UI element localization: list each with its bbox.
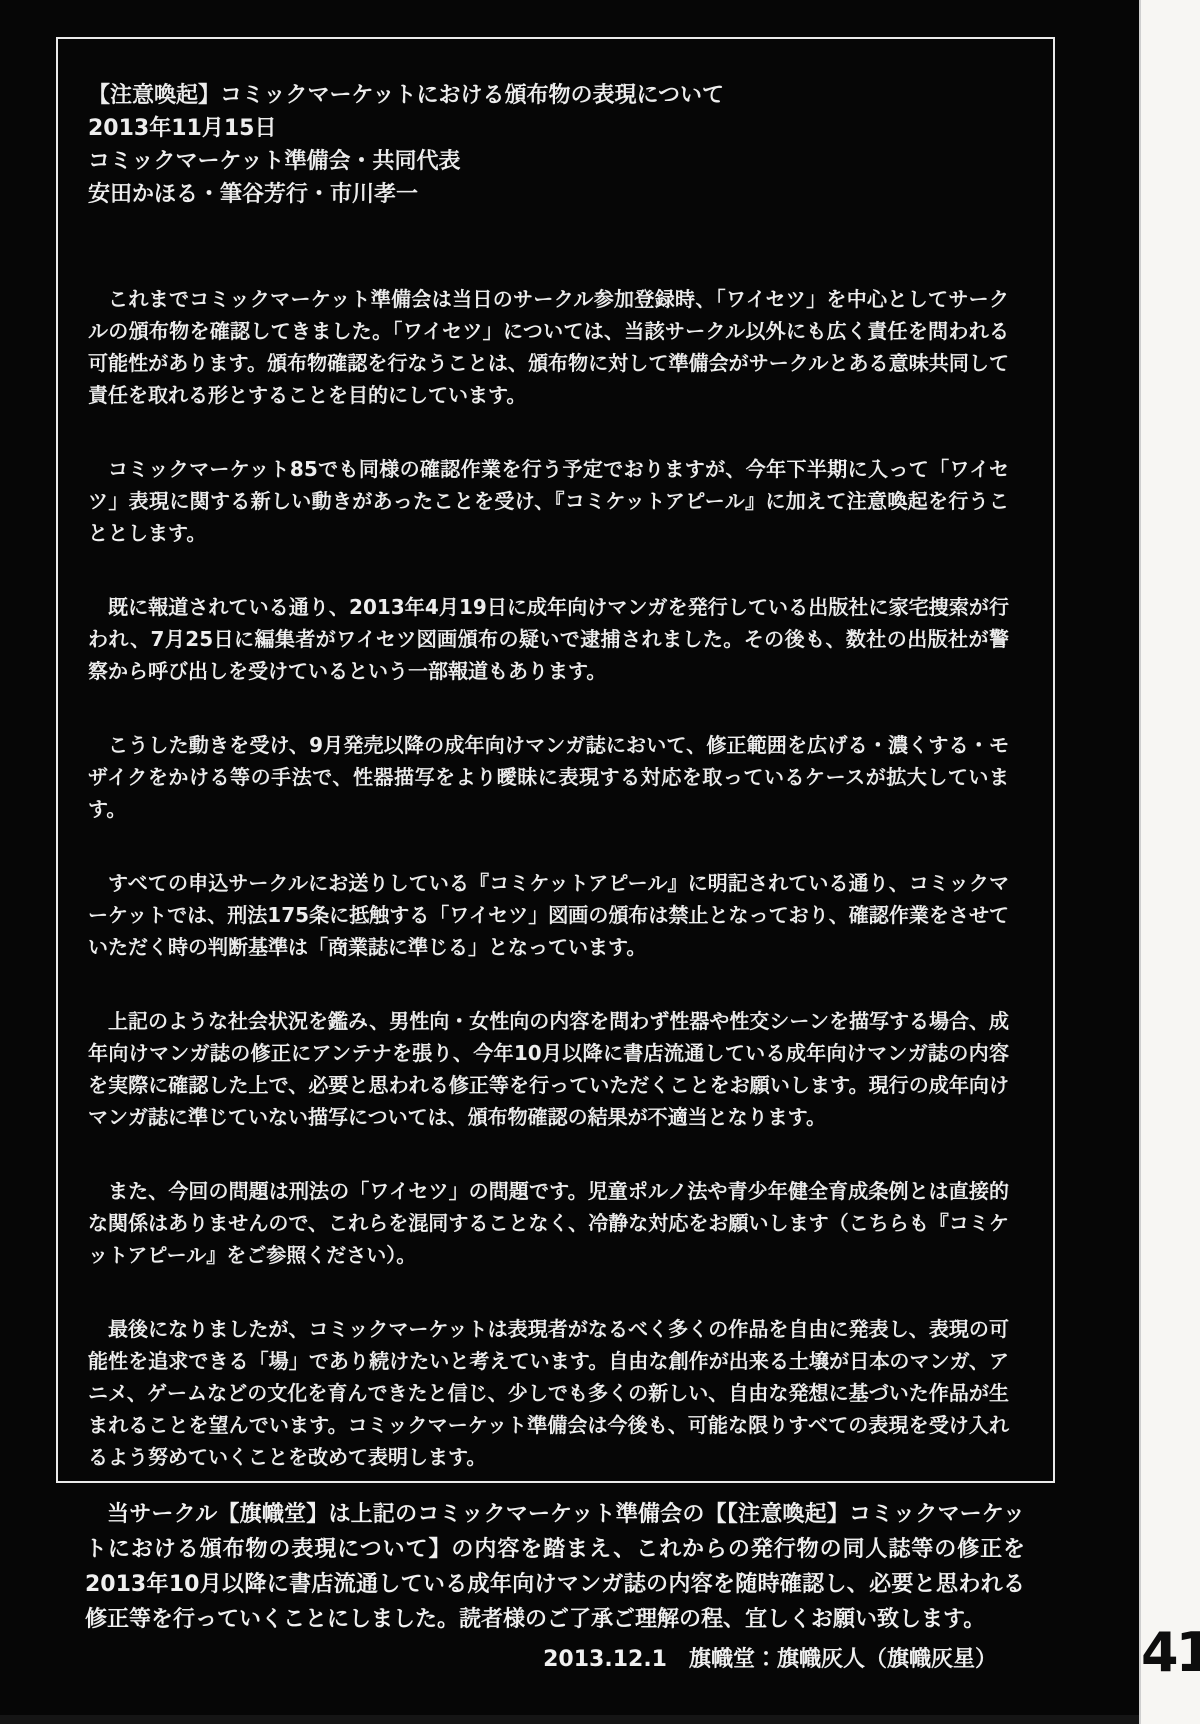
notice-paragraph-2: コミックマーケット85でも同様の確認作業を行う予定でおりますが、今年下半期に入っ… — [88, 453, 1009, 549]
notice-header: 【注意喚起】コミックマーケットにおける頒布物の表現について 2013年11月15… — [88, 79, 1009, 211]
circle-afterword: 当サークル【旗幟堂】は上記のコミックマーケット準備会の【【注意喚起】コミックマー… — [85, 1497, 1025, 1675]
notice-representatives: 安田かほる・筆谷芳行・市川孝一 — [88, 178, 1009, 211]
afterword-signature: 2013.12.1 旗幟堂：旗幟灰人（旗幟灰星） — [85, 1645, 1025, 1675]
notice-box: 【注意喚起】コミックマーケットにおける頒布物の表現について 2013年11月15… — [56, 37, 1055, 1483]
notice-paragraph-3: 既に報道されている通り、2013年4月19日に成年向けマンガを発行している出版社… — [88, 591, 1009, 687]
notice-body: これまでコミックマーケット準備会は当日のサークル参加登録時、「ワイセツ」を中心と… — [88, 283, 1009, 1473]
scan-bottom-edge — [0, 1715, 1139, 1724]
notice-paragraph-5: すべての申込サークルにお送りしている『コミケットアピール』に明記されている通り、… — [88, 867, 1009, 963]
page-number: 41 — [1141, 1626, 1200, 1680]
notice-organization: コミックマーケット準備会・共同代表 — [88, 145, 1009, 178]
afterword-paragraph: 当サークル【旗幟堂】は上記のコミックマーケット準備会の【【注意喚起】コミックマー… — [85, 1497, 1025, 1637]
scan-edge-strip: 41 — [1139, 0, 1200, 1724]
notice-paragraph-7: また、今回の問題は刑法の「ワイセツ」の問題です。児童ポルノ法や青少年健全育成条例… — [88, 1175, 1009, 1271]
notice-title: 【注意喚起】コミックマーケットにおける頒布物の表現について — [88, 79, 1009, 112]
notice-paragraph-4: こうした動きを受け、9月発売以降の成年向けマンガ誌において、修正範囲を広げる・濃… — [88, 729, 1009, 825]
scanned-document-page: 【注意喚起】コミックマーケットにおける頒布物の表現について 2013年11月15… — [0, 0, 1200, 1724]
notice-date: 2013年11月15日 — [88, 112, 1009, 145]
notice-paragraph-6: 上記のような社会状況を鑑み、男性向・女性向の内容を問わず性器や性交シーンを描写す… — [88, 1005, 1009, 1133]
notice-paragraph-8: 最後になりましたが、コミックマーケットは表現者がなるべく多くの作品を自由に発表し… — [88, 1313, 1009, 1473]
notice-paragraph-1: これまでコミックマーケット準備会は当日のサークル参加登録時、「ワイセツ」を中心と… — [88, 283, 1009, 411]
